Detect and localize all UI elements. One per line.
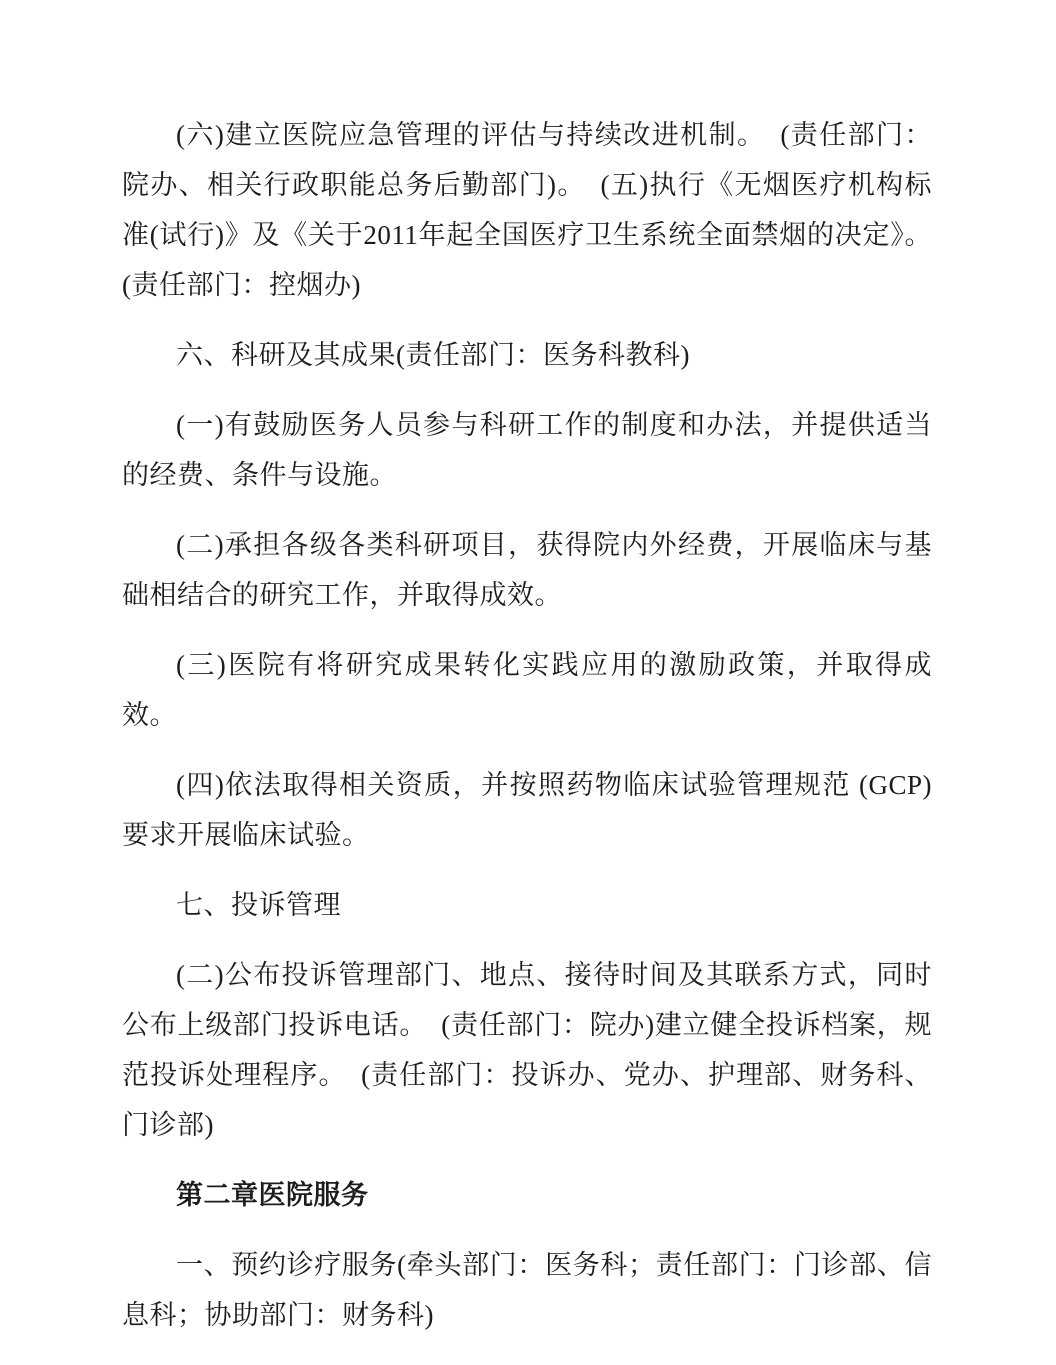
paragraph-research-incentive-policy: (一)有鼓励医务人员参与科研工作的制度和办法，并提供适当的经费、条件与设施。 <box>122 400 932 500</box>
paragraph-appointment-services: 一、预约诊疗服务(牵头部门：医务科；责任部门：门诊部、信息科；协助部门：财务科) <box>122 1240 932 1340</box>
chapter-heading-hospital-services: 第二章医院服务 <box>122 1170 932 1220</box>
paragraph-complaint-publication: (二)公布投诉管理部门、地点、接待时间及其联系方式，同时公布上级部门投诉电话。 … <box>122 950 932 1150</box>
paragraph-emergency-management: (六)建立医院应急管理的评估与持续改进机制。 (责任部门：院办、相关行政职能总务… <box>122 110 932 310</box>
document-page: (六)建立医院应急管理的评估与持续改进机制。 (责任部门：院办、相关行政职能总务… <box>0 0 1056 1365</box>
paragraph-gcp-clinical-trials: (四)依法取得相关资质，并按照药物临床试验管理规范 (GCP)要求开展临床试验。 <box>122 760 932 860</box>
section-heading-research-results: 六、科研及其成果(责任部门：医务科教科) <box>122 330 932 380</box>
paragraph-research-projects: (二)承担各级各类科研项目，获得院内外经费，开展临床与基础相结合的研究工作，并取… <box>122 520 932 620</box>
section-heading-complaint-management: 七、投诉管理 <box>122 880 932 930</box>
paragraph-research-transformation: (三)医院有将研究成果转化实践应用的激励政策，并取得成效。 <box>122 640 932 740</box>
